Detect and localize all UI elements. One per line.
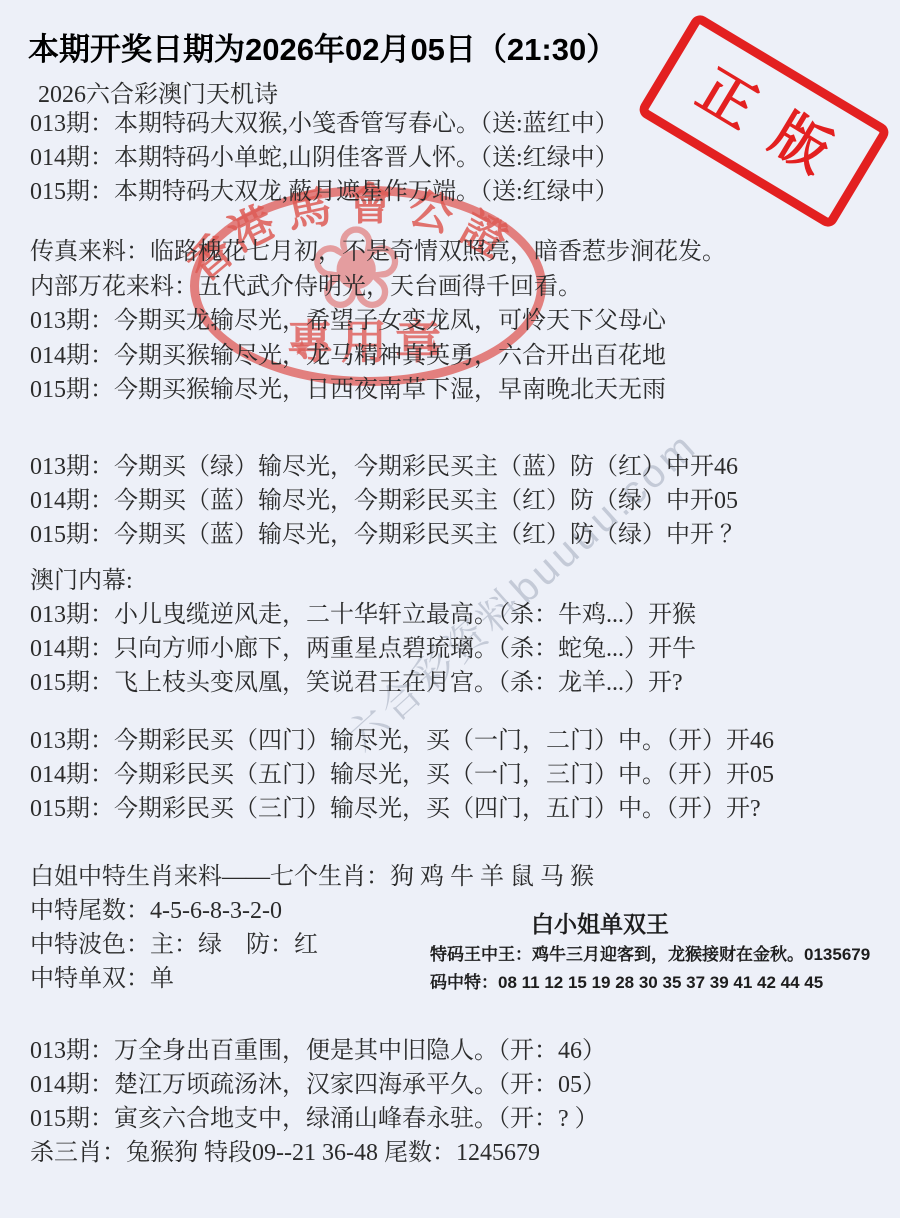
genuine-stamp: 正版 bbox=[636, 12, 892, 231]
fax-line: 内部万花来料：五代武介侍明光，天台画得千回看。 bbox=[30, 266, 582, 301]
bottom-line: 014期：楚江万顷疏汤沐，汉家四海承平久。（开：05） bbox=[30, 1064, 606, 1099]
macau-line: 015期：飞上枝头变凤凰，笑说君王在月宫。（杀：龙羊...）开? bbox=[30, 662, 683, 697]
baixiaojie-numbers-line: 码中特：08 11 12 15 19 28 30 35 37 39 41 42 … bbox=[430, 968, 823, 993]
poem-line: 014期：本期特码小单蛇,山阴佳客晋人怀。（送:红绿中） bbox=[30, 137, 619, 172]
bottom-line: 013期：万全身出百重围，便是其中旧隐人。（开：46） bbox=[30, 1030, 606, 1065]
fax-line: 015期：今期买猴输尽光，日西夜南草下湿，早南晚北天无雨 bbox=[30, 369, 666, 404]
fax-line: 014期：今期买猴输尽光，龙马精神真英勇，六合开出百花地 bbox=[30, 335, 666, 370]
lottery-tip-sheet: 香 港 馬 會 公 證 ❀ ★ ★ 專用章 六合彩资料buuuu.com 正版 … bbox=[0, 0, 900, 1218]
macau-line: 013期：小儿曳缆逆风走，二十华轩立最高。（杀：牛鸡...）开猴 bbox=[30, 594, 696, 629]
macau-line: 014期：只向方师小廊下，两重星点碧琉璃。（杀：蛇兔...）开牛 bbox=[30, 628, 696, 663]
macau-heading: 澳门内幕: bbox=[30, 560, 133, 595]
bottom-line: 015期：寅亥六合地支中，绿涌山峰春永驻。（开：? ） bbox=[30, 1098, 599, 1133]
baijie-line: 中特单双：单 bbox=[30, 958, 174, 993]
gates-line: 015期：今期彩民买（三门）输尽光，买（四门，五门）中。（开）开? bbox=[30, 788, 761, 823]
fax-line: 013期：今期买龙输尽光，希望子女变龙凤，可怜天下父母心 bbox=[30, 300, 666, 335]
colorplay-line: 014期：今期买（蓝）输尽光，今期彩民买主（红）防（绿）中开05 bbox=[30, 480, 738, 515]
gates-line: 013期：今期彩民买（四门）输尽光，买（一门，二门）中。（开）开46 bbox=[30, 720, 774, 755]
page-title: 本期开奖日期为2026年02月05日（21:30） bbox=[28, 24, 617, 69]
gates-line: 014期：今期彩民买（五门）输尽光，买（一门，三门）中。（开）开05 bbox=[30, 754, 774, 789]
baixiaojie-king-line: 特码王中王：鸡牛三月迎客到，龙猴接财在金秋。0135679 bbox=[430, 940, 870, 965]
baijie-line: 中特波色：主：绿 防：红 bbox=[30, 924, 318, 959]
poem-line: 013期：本期特码大双猴,小笺香管写春心。（送:蓝红中） bbox=[30, 103, 619, 138]
fax-line: 传真来料：临路槐花七月初，不是奇情双照亮，暗香惹步涧花发。 bbox=[30, 231, 726, 266]
colorplay-line: 013期：今期买（绿）输尽光，今期彩民买主（蓝）防（红）中开46 bbox=[30, 446, 738, 481]
baixiaojie-heading: 白小姐单双王 bbox=[430, 906, 770, 939]
kill-three-zodiac-line: 杀三肖：兔猴狗 特段09--21 36-48 尾数：1245679 bbox=[30, 1132, 540, 1167]
poem-line: 015期：本期特码大双龙,蔽月遮星作万端。（送:红绿中） bbox=[30, 171, 619, 206]
baijie-line: 白姐中特生肖来料——七个生肖：狗 鸡 牛 羊 鼠 马 猴 bbox=[30, 856, 594, 891]
genuine-stamp-label: 正版 bbox=[663, 45, 865, 197]
colorplay-line: 015期：今期买（蓝）输尽光，今期彩民买主（红）防（绿）中开 ？ bbox=[30, 514, 744, 549]
baijie-line: 中特尾数：4-5-6-8-3-2-0 bbox=[30, 890, 282, 925]
